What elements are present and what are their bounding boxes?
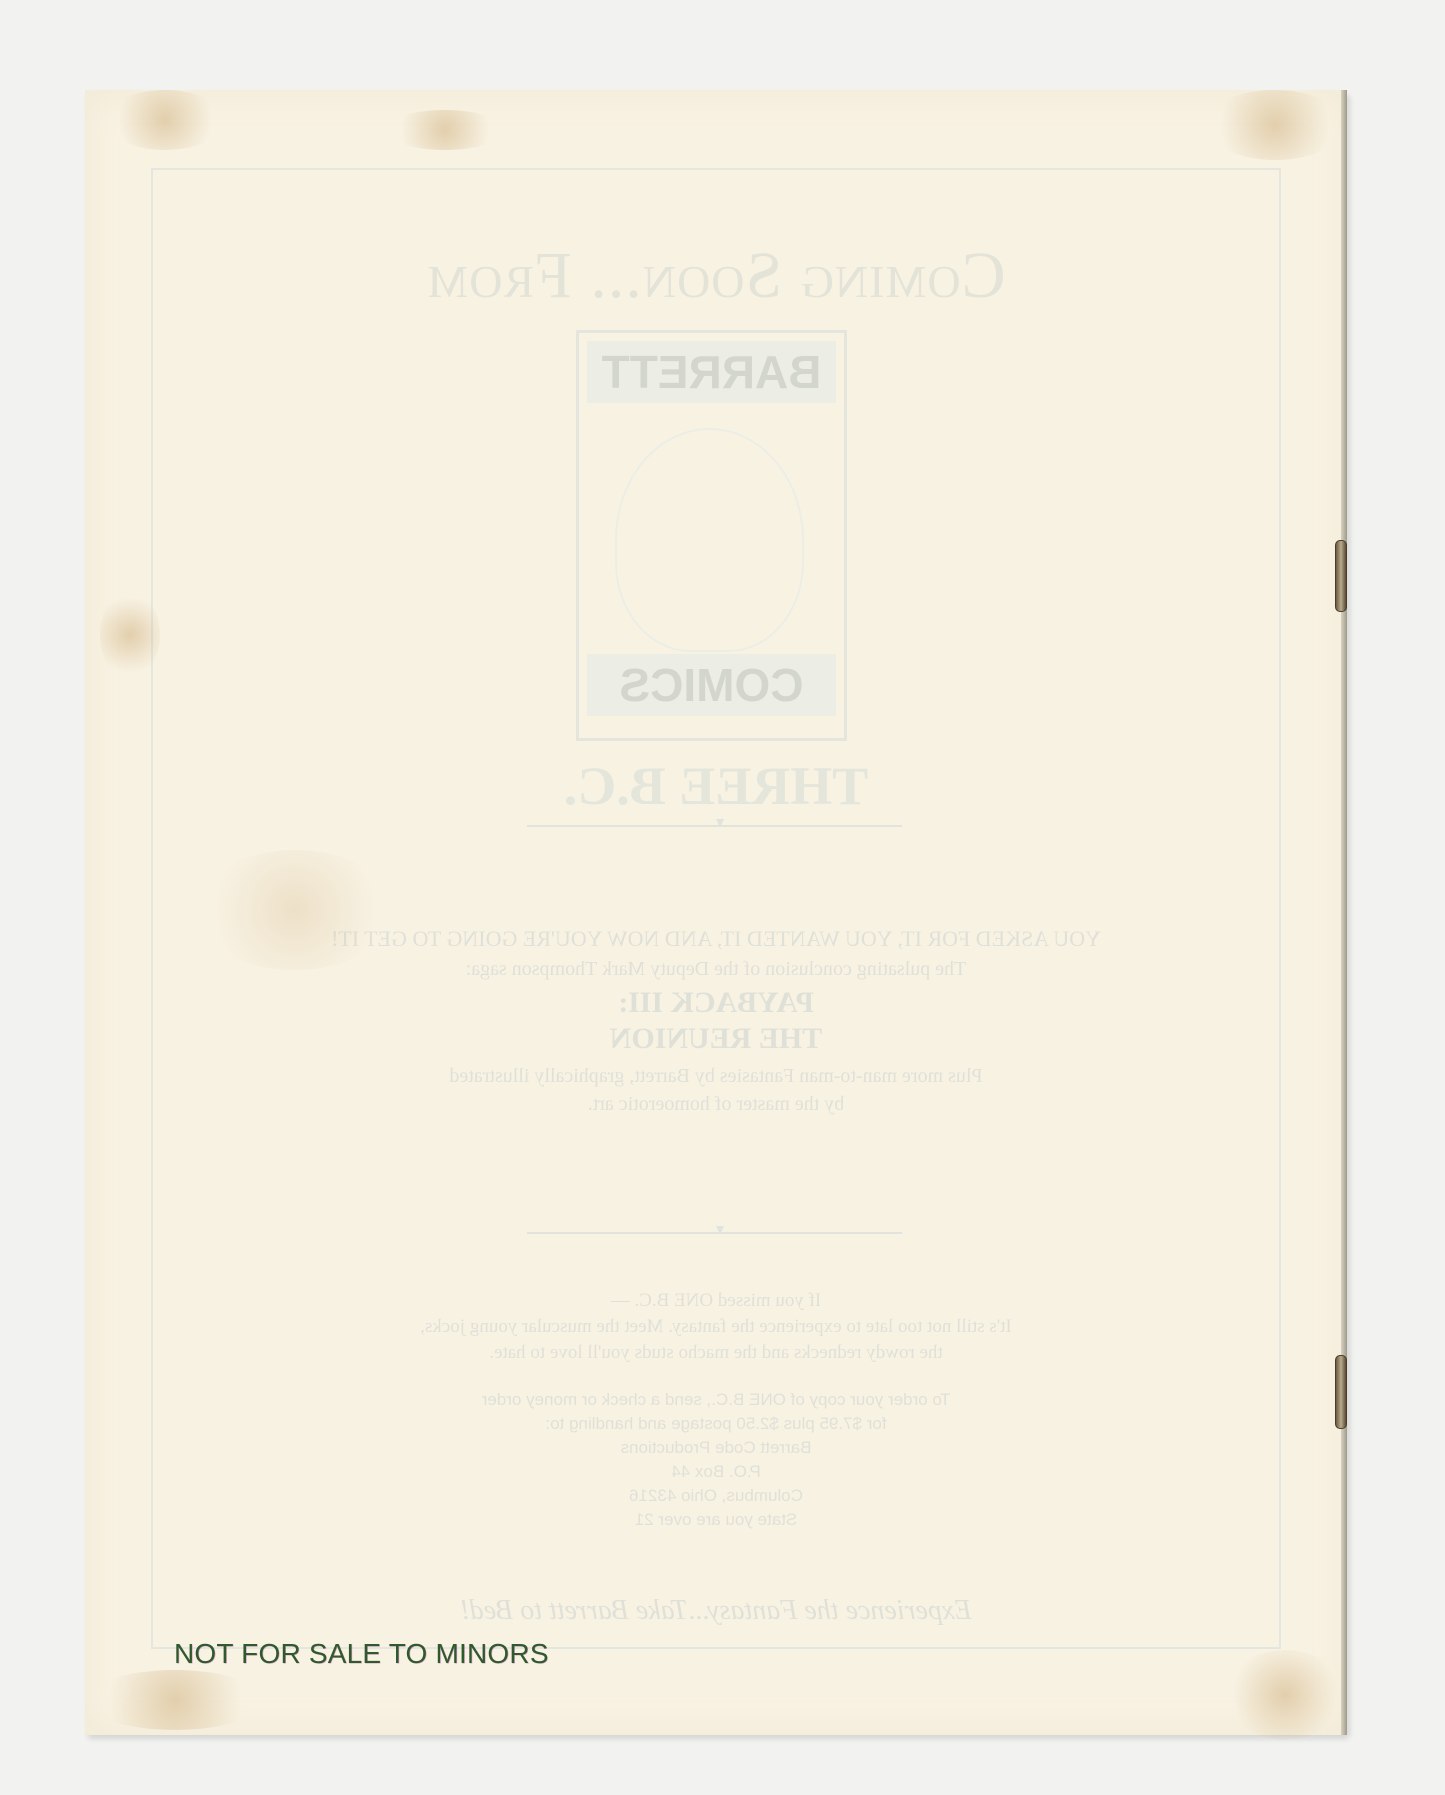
foxing-stain xyxy=(1205,90,1345,160)
show-through-promo: the rowdy rednecks and the macho studs y… xyxy=(85,1342,1347,1364)
show-through-order: Barrett Code Productions xyxy=(85,1438,1347,1458)
foxing-stain xyxy=(1225,1650,1345,1740)
staple xyxy=(1335,540,1347,612)
divider-ornament xyxy=(527,825,902,827)
staple xyxy=(1335,1355,1347,1429)
show-through-order: Columbus, Ohio 43216 xyxy=(85,1486,1347,1506)
show-through-line: by the master of homoerotic art. xyxy=(85,1093,1347,1116)
show-through-order: To order your copy of ONE B.C., send a c… xyxy=(85,1390,1347,1410)
show-through-order: State you are over 21 xyxy=(85,1510,1347,1530)
show-through-tagline: Experience the Fantasy...Take Barrett to… xyxy=(85,1595,1347,1627)
foxing-stain xyxy=(195,850,395,970)
spine-edge xyxy=(1341,90,1347,1735)
show-through-headline: Coming Soon... From xyxy=(85,238,1347,314)
show-through-order: P.O. Box 44 xyxy=(85,1462,1347,1482)
booklet-back-cover: Coming Soon... From BARRETT COMICS THREE… xyxy=(85,90,1347,1735)
show-through-line: THE REUNION xyxy=(85,1022,1347,1056)
foxing-stain xyxy=(85,1670,265,1730)
logo-top-text: BARRETT xyxy=(587,341,836,403)
foxing-stain xyxy=(105,90,225,150)
not-for-sale-notice: NOT FOR SALE TO MINORS xyxy=(174,1638,549,1670)
logo-bottom-text: COMICS xyxy=(587,654,836,716)
show-through-promo: It's still not too late to experience th… xyxy=(85,1316,1347,1338)
show-through-line: PAYBACK III: xyxy=(85,986,1347,1020)
show-through-title: THREE B.C. xyxy=(85,755,1347,817)
foxing-stain xyxy=(100,590,160,680)
barrett-comics-logo: BARRETT COMICS xyxy=(576,330,847,741)
show-through-promo: If you missed ONE B.C. — xyxy=(85,1290,1347,1312)
show-through-line: Plus more man-to-man Fantasies by Barret… xyxy=(85,1065,1347,1088)
show-through-order: for $7.95 plus $2.50 postage and handlin… xyxy=(85,1414,1347,1434)
divider-ornament xyxy=(527,1232,902,1234)
logo-figure-illustration xyxy=(615,428,804,652)
foxing-stain xyxy=(385,110,505,150)
